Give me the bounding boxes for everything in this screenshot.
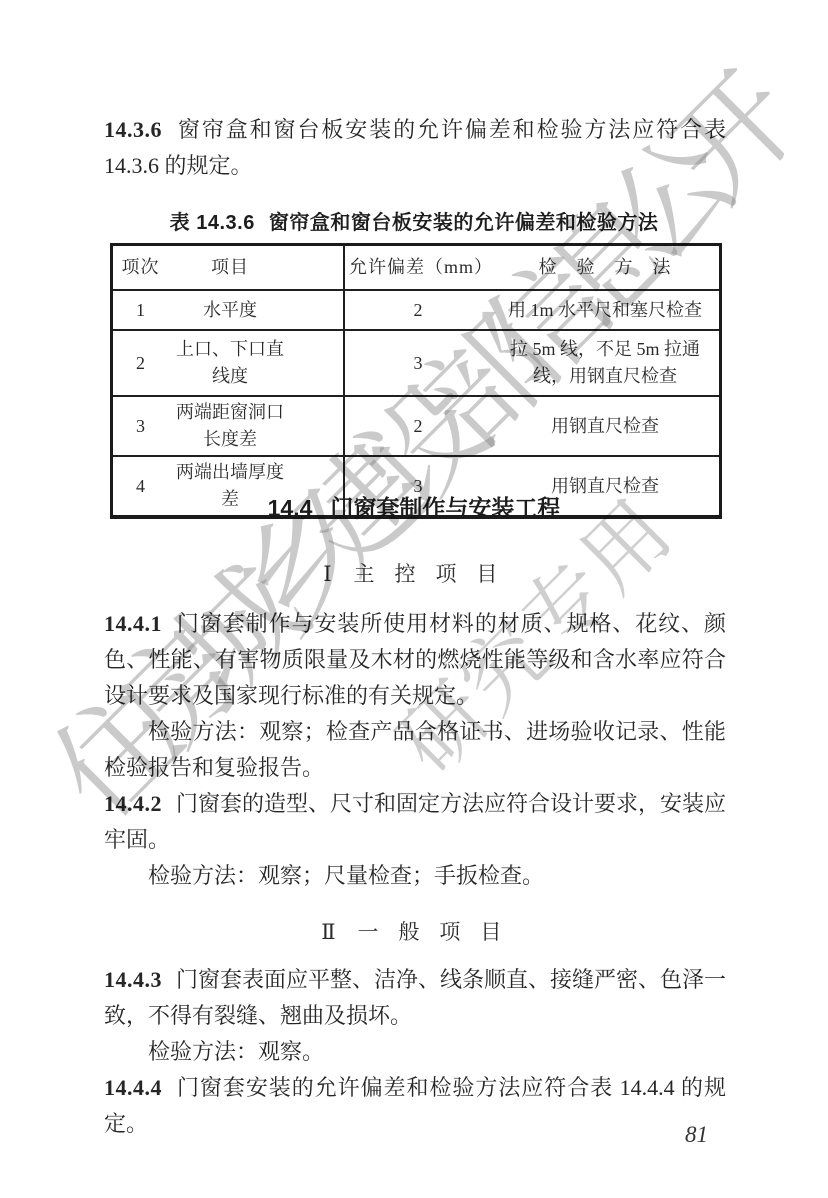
cell-index: 3 [113, 397, 168, 455]
cell-tolerance: 3 [345, 331, 491, 395]
table-title-text: 窗帘盒和窗台板安装的允许偏差和检验方法 [269, 212, 659, 234]
clause-number: 14.4.1 [104, 611, 162, 636]
section-title: 门窗套制作与安装工程 [330, 495, 560, 521]
subsection-heading-main-control: Ⅰ主 控 项 目 [0, 558, 828, 588]
inspection-method-14-4-3: 检验方法：观察。 [104, 1034, 726, 1070]
cell-item: 上口、下口直线度 [168, 331, 345, 395]
roman-numeral-two: Ⅱ [321, 920, 335, 944]
cell-tolerance: 2 [345, 291, 491, 329]
clause-14-4-1: 14.4.1门窗套制作与安装所使用材料的材质、规格、花纹、颜色、性能、有害物质限… [104, 606, 726, 714]
page-content: 14.3.6窗帘盒和窗台板安装的允许偏差和检验方法应符合表 14.3.6 的规定… [0, 0, 828, 1198]
page-number: 81 [685, 1122, 708, 1148]
clause-text: 门窗套制作与安装所使用材料的材质、规格、花纹、颜色、性能、有害物质限量及木材的燃… [104, 611, 726, 708]
inspection-method-14-4-1: 检验方法：观察；检查产品合格证书、进场验收记录、性能检验报告和复验报告。 [104, 714, 726, 786]
clause-text: 门窗套安装的允许偏差和检验方法应符合表 14.4.4 的规定。 [104, 1075, 726, 1136]
table-title: 表 14.3.6窗帘盒和窗台板安装的允许偏差和检验方法 [0, 206, 828, 235]
table-row: 2 上口、下口直线度 3 拉 5m 线，不足 5m 拉通线，用钢直尺检查 [113, 331, 719, 397]
clause-text: 窗帘盒和窗台板安装的允许偏差和检验方法应符合表 14.3.6 的规定。 [104, 117, 726, 178]
clause-14-4-4: 14.4.4门窗套安装的允许偏差和检验方法应符合表 14.4.4 的规定。 [104, 1070, 726, 1142]
clause-14-3-6: 14.3.6窗帘盒和窗台板安装的允许偏差和检验方法应符合表 14.3.6 的规定… [104, 112, 726, 184]
header-cell-tolerance: 允许偏差（mm） [345, 246, 491, 289]
table-row: 1 水平度 2 用 1m 水平尺和塞尺检查 [113, 291, 719, 331]
table-header-row: 项次 项目 允许偏差（mm） 检 验 方 法 [113, 246, 719, 291]
roman-numeral-one: Ⅰ [323, 562, 331, 586]
table-title-number: 表 14.3.6 [170, 212, 255, 234]
subsection-label: 主 控 项 目 [354, 562, 505, 586]
section-number: 14.4 [268, 495, 313, 521]
clause-14-4-2: 14.4.2门窗套的造型、尺寸和固定方法应符合设计要求，安装应牢固。 [104, 786, 726, 858]
header-cell-method: 检 验 方 法 [491, 246, 719, 289]
cell-index: 1 [113, 291, 168, 329]
header-cell-item: 项目 [168, 246, 345, 289]
clause-text: 门窗套的造型、尺寸和固定方法应符合设计要求，安装应牢固。 [104, 791, 726, 852]
subsection-heading-general: Ⅱ一 般 项 目 [104, 916, 726, 946]
cell-item: 水平度 [168, 291, 345, 329]
clause-number: 14.4.2 [104, 791, 162, 816]
clause-text: 门窗套表面应平整、洁净、线条顺直、接缝严密、色泽一致，不得有裂缝、翘曲及损坏。 [104, 967, 726, 1028]
cell-method: 用 1m 水平尺和塞尺检查 [491, 291, 719, 329]
document-page: 14.3.6窗帘盒和窗台板安装的允许偏差和检验方法应符合表 14.3.6 的规定… [0, 0, 828, 1198]
inspection-method-14-4-2: 检验方法：观察；尺量检查；手扳检查。 [104, 858, 726, 894]
clause-number: 14.4.3 [104, 967, 162, 992]
subsection-label: 一 般 项 目 [358, 920, 509, 944]
header-cell-index: 项次 [113, 246, 168, 289]
table-row: 3 两端距窗洞口长度差 2 用钢直尺检查 [113, 397, 719, 457]
deviation-table: 项次 项目 允许偏差（mm） 检 验 方 法 1 水平度 2 用 1m 水平尺和… [110, 243, 722, 519]
clause-14-4-3: 14.4.3门窗套表面应平整、洁净、线条顺直、接缝严密、色泽一致，不得有裂缝、翘… [104, 962, 726, 1034]
clause-number: 14.4.4 [104, 1075, 162, 1100]
clause-number: 14.3.6 [104, 117, 162, 142]
cell-index: 2 [113, 331, 168, 395]
cell-tolerance: 2 [345, 397, 491, 455]
cell-method: 用钢直尺检查 [491, 397, 719, 455]
section-heading-14-4: 14.4门窗套制作与安装工程 [0, 490, 828, 523]
cell-item: 两端距窗洞口长度差 [168, 397, 345, 455]
cell-method: 拉 5m 线，不足 5m 拉通线，用钢直尺检查 [491, 331, 719, 395]
body-text-flow: 14.4.1门窗套制作与安装所使用材料的材质、规格、花纹、颜色、性能、有害物质限… [104, 606, 726, 1142]
